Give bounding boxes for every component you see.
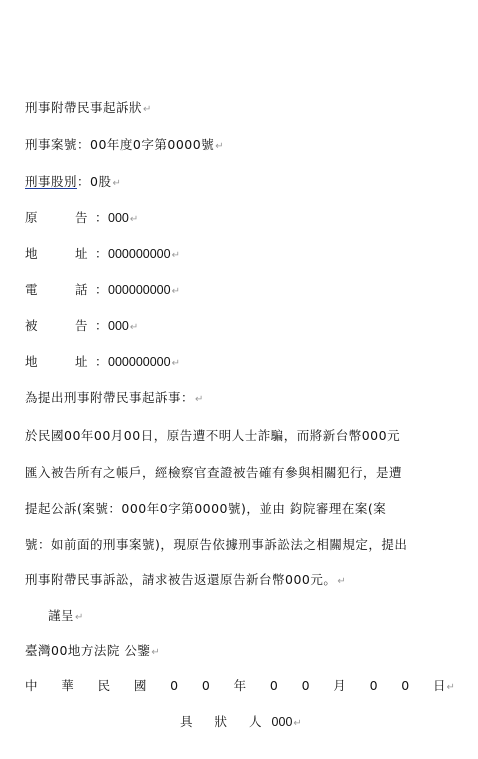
label-char: 原 (25, 210, 75, 226)
date-digit: 0 (170, 678, 178, 696)
signer-line: 具狀人000↵ (180, 714, 302, 732)
plaintiff-address-line: 地址：000000000↵ (25, 246, 180, 264)
body-line: 匯入被告所有之帳戶，經檢察官查證被告確有參與相關犯行，是遭 (25, 465, 402, 481)
document-title: 刑事附帶民事起訴狀↵ (25, 100, 152, 118)
court-text: 臺灣00地方法院 公鑒 (25, 643, 150, 658)
body-text: 提起公訴(案號：000年0字第0000號)，並由 鈞院審理在案(案 (25, 501, 386, 516)
case-number-label: 刑事案號 (25, 137, 77, 152)
case-number-line: 刑事案號：00年度0字第0000號↵ (25, 137, 224, 155)
signer-name: 000 (272, 715, 293, 729)
colon: ： (95, 318, 108, 333)
plaintiff-label: 原告 (25, 210, 95, 226)
date-digit: 0 (302, 678, 310, 696)
defendant-address-value: 000000000 (108, 355, 171, 369)
plaintiff-value: 000 (108, 211, 129, 225)
division-value: 0股 (90, 174, 111, 189)
label-char: 話 (75, 282, 88, 297)
colon: ： (95, 246, 108, 261)
paragraph-mark-icon: ↵ (172, 286, 181, 297)
defendant-value: 000 (108, 319, 129, 333)
phone-label: 電話 (25, 282, 95, 298)
paragraph-mark-icon: ↵ (195, 394, 204, 405)
paragraph-mark-icon: ↵ (130, 322, 139, 333)
body-text: 於民國00年00月00日，原告遭不明人士詐騙，而將新台幣000元 (25, 428, 400, 443)
label-char: 電 (25, 282, 75, 298)
date-digit: 0 (202, 678, 210, 696)
date-digit: 0 (270, 678, 278, 696)
paragraph-mark-icon: ↵ (447, 680, 455, 696)
address-label: 地址 (25, 246, 95, 262)
label-char: 告 (75, 318, 88, 333)
defendant-address-line: 地址：000000000↵ (25, 354, 180, 372)
date-day-group: 日↵ (433, 678, 455, 696)
paragraph-mark-icon: ↵ (112, 178, 121, 189)
paragraph-mark-icon: ↵ (151, 647, 160, 658)
label-char: 被 (25, 318, 75, 334)
division-label-link[interactable]: 刑事股別 (25, 174, 77, 189)
body-text: 號：如前面的刑事案號)，現原告依據刑事訴訟法之相關規定，提出 (25, 537, 407, 552)
paragraph-mark-icon: ↵ (293, 718, 301, 729)
paragraph-mark-icon: ↵ (215, 141, 224, 152)
address-label: 地址 (25, 354, 95, 370)
signer-label-char: 狀 (215, 714, 228, 729)
label-char: 地 (25, 246, 75, 262)
paragraph-mark-icon: ↵ (172, 358, 181, 369)
plaintiff-address-value: 000000000 (108, 247, 171, 261)
label-char: 告 (75, 210, 88, 225)
label-char: 址 (75, 246, 88, 261)
date-char: 日 (433, 678, 446, 694)
respectfully-text: 謹呈 (48, 608, 74, 623)
signer-label-char: 具 (180, 714, 193, 729)
date-digit: 0 (370, 678, 378, 696)
date-char: 華 (61, 678, 74, 696)
colon: ： (95, 282, 108, 297)
respectfully-line: 謹呈↵ (48, 608, 84, 626)
date-line: 中 華 民 國 0 0 年 0 0 月 0 0 日↵ (25, 678, 455, 696)
plaintiff-phone-line: 電話：000000000↵ (25, 282, 180, 300)
body-line: 號：如前面的刑事案號)，現原告依據刑事訴訟法之相關規定，提出 (25, 537, 407, 553)
title-text: 刑事附帶民事起訴狀 (25, 100, 142, 115)
paragraph-mark-icon: ↵ (337, 576, 346, 587)
court-line: 臺灣00地方法院 公鑒↵ (25, 643, 160, 661)
signer-label-char: 人 (249, 714, 262, 729)
paragraph-mark-icon: ↵ (75, 612, 84, 623)
paragraph-mark-icon: ↵ (130, 214, 139, 225)
body-line: 於民國00年00月00日，原告遭不明人士詐騙，而將新台幣000元 (25, 428, 400, 444)
plaintiff-line: 原告：000↵ (25, 210, 139, 228)
date-char: 民 (98, 678, 111, 696)
date-char: 國 (134, 678, 147, 696)
date-char: 年 (234, 678, 247, 696)
body-text: 匯入被告所有之帳戶，經檢察官查證被告確有參與相關犯行，是遭 (25, 465, 402, 480)
division-line: 刑事股別：0股↵ (25, 174, 121, 192)
body-line: 提起公訴(案號：000年0字第0000號)，並由 鈞院審理在案(案 (25, 501, 386, 517)
paragraph-mark-icon: ↵ (172, 250, 181, 261)
plaintiff-phone-value: 000000000 (108, 283, 171, 297)
label-char: 地 (25, 354, 75, 370)
colon: ： (95, 354, 108, 369)
intro-text: 為提出刑事附帶民事起訴事： (25, 390, 194, 405)
date-digit: 0 (401, 678, 409, 696)
intro-line: 為提出刑事附帶民事起訴事：↵ (25, 390, 204, 408)
date-char: 中 (25, 678, 38, 696)
colon: ： (95, 210, 108, 225)
colon: ： (77, 137, 90, 152)
paragraph-mark-icon: ↵ (143, 104, 152, 115)
date-char: 月 (333, 678, 346, 696)
defendant-line: 被告：000↵ (25, 318, 139, 336)
case-number-value: 00年度0字第0000號 (90, 137, 214, 152)
defendant-label: 被告 (25, 318, 95, 334)
body-text: 刑事附帶民事訴訟，請求被告返還原告新台幣000元。 (25, 572, 336, 587)
label-char: 址 (75, 354, 88, 369)
body-line: 刑事附帶民事訴訟，請求被告返還原告新台幣000元。↵ (25, 572, 346, 590)
document-page: 刑事附帶民事起訴狀↵ 刑事案號：00年度0字第0000號↵ 刑事股別：0股↵ 原… (0, 0, 478, 759)
colon: ： (77, 174, 90, 189)
